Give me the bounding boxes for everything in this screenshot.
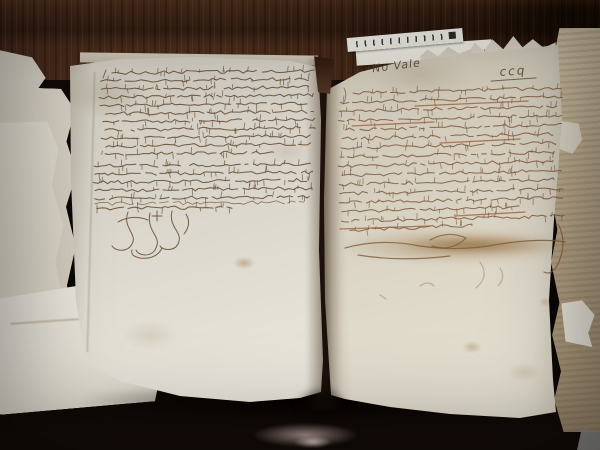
photo-vignette bbox=[0, 0, 600, 450]
photo-frame: No Vale ccq bbox=[0, 0, 600, 450]
